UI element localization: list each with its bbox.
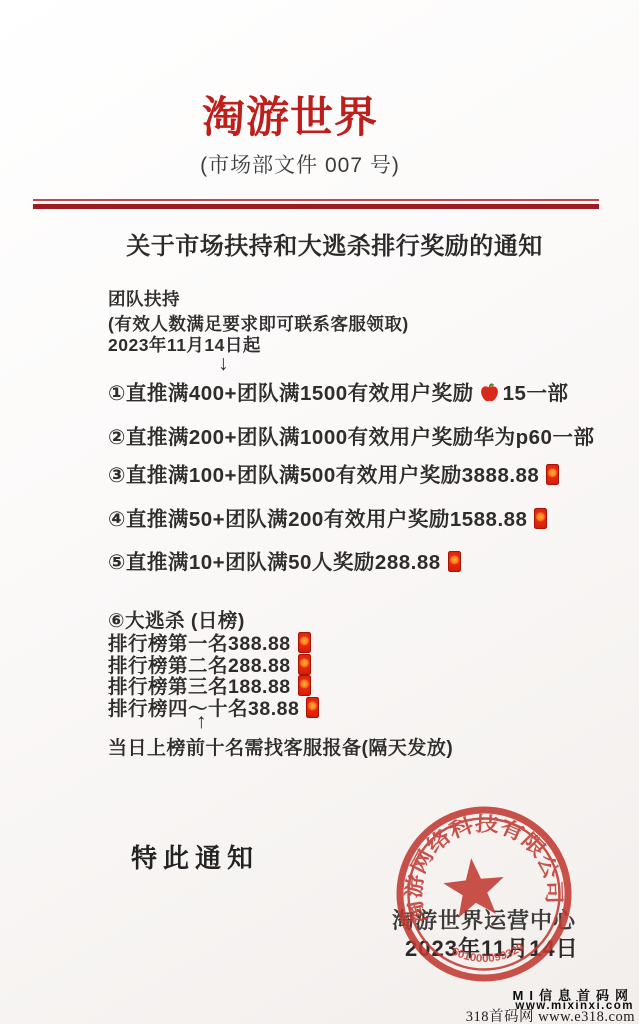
- red-envelope-icon: [534, 508, 547, 529]
- apple-icon: [478, 381, 501, 410]
- report-note: 当日上榜前十名需找客服报备(隔天发放): [108, 733, 453, 760]
- svg-text:601000099329: 601000099329: [449, 938, 528, 969]
- tier-2-text: ②直推满200+团队满1000有效用户奖励华为p60一部: [108, 426, 594, 449]
- tier-4-text: ④直推满50+团队满200有效用户奖励1588.88: [108, 508, 527, 531]
- notice-heading: 关于市场扶持和大逃杀排行奖励的通知: [30, 226, 639, 261]
- red-envelope-icon: [448, 551, 461, 572]
- tier-line-3: ③直推满100+团队满500有效用户奖励3888.88: [108, 458, 559, 488]
- closing-statement: 特此通知: [131, 838, 259, 875]
- tier-line-1: ①直推满400+团队满1500有效用户奖励15一部: [108, 376, 568, 410]
- tier-1-text: ①直推满400+团队满1500有效用户奖励: [108, 382, 474, 405]
- document-number: (市场部文件 007 号): [0, 149, 600, 179]
- team-support-title: 团队扶持: [108, 286, 180, 311]
- divider-rule-thin: [33, 199, 599, 201]
- tier-line-4: ④直推满50+团队满200有效用户奖励1588.88: [108, 502, 547, 532]
- seal-serial-number: 601000099329: [449, 938, 528, 969]
- seal-company-text: 淘游网络科技有限公司: [393, 803, 568, 927]
- seal-star-icon: [441, 855, 508, 919]
- tier-line-2: ②直推满200+团队满1000有效用户奖励华为p60一部: [108, 420, 594, 450]
- down-arrow-icon: ↓: [218, 352, 229, 376]
- svg-text:淘游网络科技有限公司: 淘游网络科技有限公司: [393, 803, 568, 927]
- red-envelope-icon: [546, 464, 559, 485]
- watermark-site2: 318首码网 www.e318.com: [466, 1005, 635, 1024]
- tier-3-text: ③直推满100+团队满500有效用户奖励3888.88: [108, 464, 539, 487]
- rank-line-4: 排行榜四～十名38.88: [108, 693, 319, 721]
- tier-line-5: ⑤直推满10+团队满50人奖励288.88: [108, 545, 461, 575]
- tier-5-text: ⑤直推满10+团队满50人奖励288.88: [108, 551, 441, 574]
- company-seal: 淘游网络科技有限公司 601000099329: [392, 802, 576, 986]
- divider-rule-thick: [33, 204, 599, 209]
- document-title: 淘游世界: [0, 84, 580, 145]
- tier-1-suffix: 15一部: [503, 382, 569, 405]
- red-envelope-icon: [306, 697, 319, 718]
- notice-document: 淘游世界 (市场部文件 007 号) 关于市场扶持和大逃杀排行奖励的通知 团队扶…: [0, 0, 639, 1024]
- team-support-start-date: 2023年11月14日起: [108, 332, 261, 357]
- up-arrow-icon: ↑: [196, 710, 207, 734]
